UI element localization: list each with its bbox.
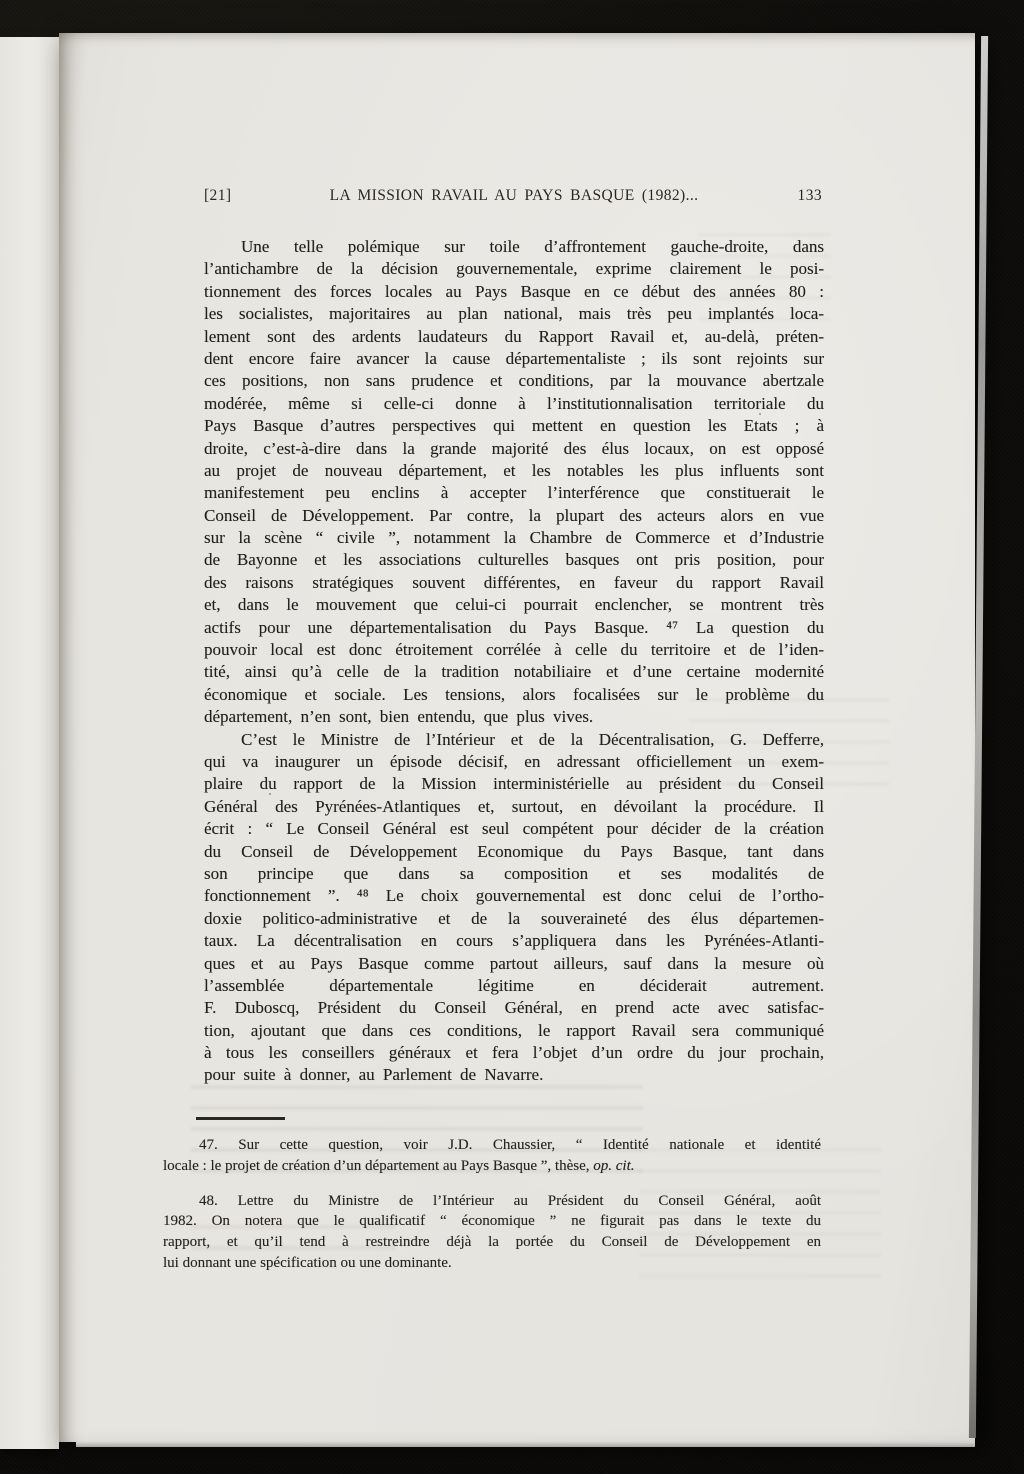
- text-line: pouvoir local est donc étroitement corré…: [204, 639, 824, 661]
- text-line: plaire du rapport de la Mission intermin…: [204, 773, 824, 795]
- text-line: taux. La décentralisation en cours s’app…: [204, 930, 824, 952]
- italic-text: op. cit.: [593, 1158, 634, 1174]
- text-line: ces positions, non sans prudence et cond…: [204, 370, 824, 392]
- text-line: rapport, et qu’il tend à restreindre déj…: [163, 1232, 821, 1253]
- text-line: Pays Basque d’autres perspectives qui me…: [204, 415, 824, 437]
- footnotes: 47. Sur cette question, voir J.D. Chauss…: [163, 1135, 821, 1288]
- text-line: du Conseil de Développement Economique d…: [204, 841, 824, 863]
- page-number: 133: [798, 187, 822, 205]
- text-line: pour suite à donner, au Parlement de Nav…: [204, 1064, 824, 1086]
- text-line: 48. Lettre du Ministre de l’Intérieur au…: [163, 1191, 821, 1212]
- text-line: 1982. On notera que le qualificatif “ éc…: [163, 1211, 821, 1232]
- footnote-48: 48. Lettre du Ministre de l’Intérieur au…: [163, 1191, 821, 1274]
- text-line: fonctionnement ”. ⁴⁸ Le choix gouverneme…: [204, 885, 824, 907]
- footnote-separator: [196, 1117, 285, 1120]
- text-line: locale : le projet de création d’un dépa…: [163, 1156, 821, 1177]
- text-line: l’antichambre de la décision gouvernemen…: [204, 258, 824, 280]
- text-line: l’assemblée départementale légitime en d…: [204, 975, 824, 997]
- text-line: et, dans le mouvement que celui-ci pourr…: [204, 594, 824, 616]
- text-line: les socialistes, majoritaires au plan na…: [204, 303, 824, 325]
- text-segment: locale : le projet de création d’un dépa…: [163, 1158, 593, 1174]
- paragraph-2: C’est le Ministre de l’Intérieur et de l…: [204, 729, 824, 1087]
- text-line: de Bayonne et les associations culturell…: [204, 549, 824, 571]
- text-line: lui donnant une spécification ou une dom…: [163, 1253, 821, 1274]
- text-line: sur la scène “ civile ”, notamment la Ch…: [204, 527, 824, 549]
- scan-speck: [759, 413, 761, 415]
- text-line: dent encore faire avancer la cause dépar…: [204, 348, 824, 370]
- text-line: tion, ajoutant que dans ces conditions, …: [204, 1020, 824, 1042]
- text-line: des raisons stratégiques souvent différe…: [204, 572, 824, 594]
- running-title: LA MISSION RAVAIL AU PAYS BASQUE (1982).…: [204, 187, 824, 205]
- text-line: économique et sociale. Les tensions, alo…: [204, 684, 824, 706]
- text-line: droite, c’est-à-dire dans la grande majo…: [204, 438, 824, 460]
- underlying-page-edge: [0, 37, 59, 1449]
- text-line: Général des Pyrénées-Atlantiques et, sur…: [204, 796, 824, 818]
- text-line: actifs pour une départementalisation du …: [204, 617, 824, 639]
- footnote-47: 47. Sur cette question, voir J.D. Chauss…: [163, 1135, 821, 1177]
- text-line: ques et au Pays Basque comme partout ail…: [204, 953, 824, 975]
- text-line: écrit : “ Le Conseil Général est seul co…: [204, 818, 824, 840]
- text-line: son principe que dans sa composition et …: [204, 863, 824, 885]
- text-line: département, n’en sont, bien entendu, qu…: [204, 706, 824, 728]
- text-line: tionnement des forces locales au Pays Ba…: [204, 281, 824, 303]
- text-line: C’est le Ministre de l’Intérieur et de l…: [204, 729, 824, 751]
- text-line: modérée, même si celle-ci donne à l’inst…: [204, 393, 824, 415]
- text-line: lement sont des ardents laudateurs du Ra…: [204, 326, 824, 348]
- text-line: Une telle polémique sur toile d’affronte…: [204, 236, 824, 258]
- text-line: à tous les conseillers généraux et fera …: [204, 1042, 824, 1064]
- text-line: Conseil de Développement. Par contre, la…: [204, 505, 824, 527]
- text-line: manifestement peu enclins à accepter l’i…: [204, 482, 824, 504]
- photo-background: { "colors": { "paper": "#e5e3de", "ink":…: [0, 0, 1024, 1474]
- running-head: [21] LA MISSION RAVAIL AU PAYS BASQUE (1…: [204, 187, 824, 209]
- text-line: tité, ainsi qu’à celle de la tradition n…: [204, 661, 824, 683]
- text-line: qui va inaugurer un épisode décisif, en …: [204, 751, 824, 773]
- page-stack-edge: [76, 1442, 975, 1447]
- text-line: au projet de nouveau département, et les…: [204, 460, 824, 482]
- paragraph-1: Une telle polémique sur toile d’affronte…: [204, 236, 824, 729]
- text-line: F. Duboscq, Président du Conseil Général…: [204, 997, 824, 1019]
- text-line: doxie politico-administrative et de la s…: [204, 908, 824, 930]
- text-line: 47. Sur cette question, voir J.D. Chauss…: [163, 1135, 821, 1156]
- scan-speck: [269, 793, 271, 795]
- book-page: [21] LA MISSION RAVAIL AU PAYS BASQUE (1…: [59, 33, 975, 1442]
- body-text: Une telle polémique sur toile d’affronte…: [204, 236, 824, 1087]
